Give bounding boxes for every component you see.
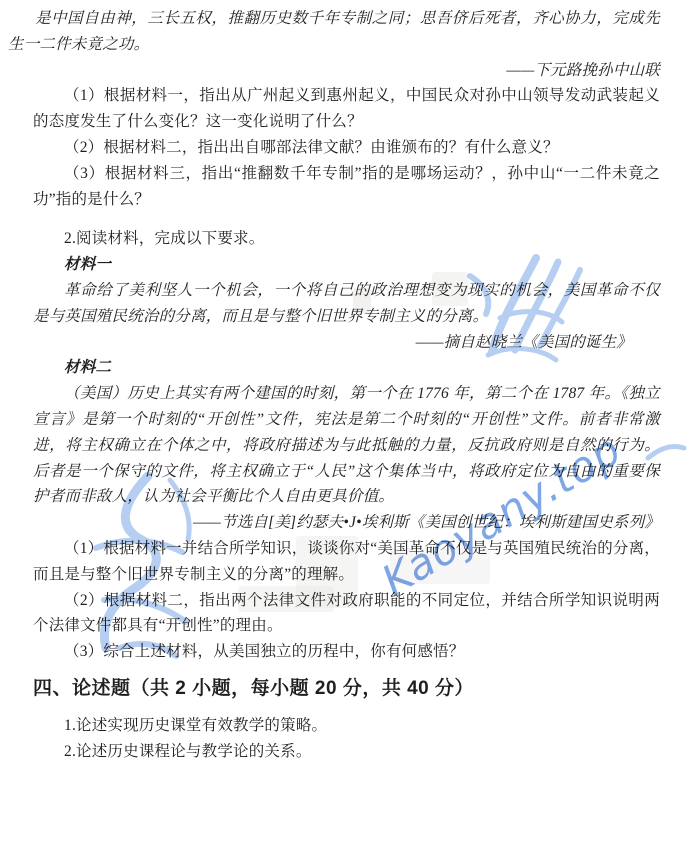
material-2-label: 材料二: [33, 355, 660, 381]
exam-paper-page: 是中国自由神，三长五权，推翻历史数千年专制之同；思吾侪后死者，齐心协力，完成先生…: [0, 0, 693, 861]
q2-intro: 2.阅读材料，完成以下要求。: [33, 226, 660, 252]
q2-sub-question-2: （2）根据材料二，指出两个法律文件对政府职能的不同定位，并结合所学知识说明两个法…: [33, 588, 660, 640]
q1-sub-question-3: （3）根据材料三，指出“推翻数千年专制”指的是哪场运动？，孙中山“一二件未竟之功…: [33, 161, 660, 213]
material-2-text: （美国）历史上其实有两个建国的时刻，第一个在 1776 年，第二个在 1787 …: [33, 381, 660, 510]
essay-question-2: 2.论述历史课程论与教学论的关系。: [33, 739, 660, 765]
quote-text: 是中国自由神，三长五权，推翻历史数千年专制之同；思吾侪后死者，齐心协力，完成先生…: [8, 6, 660, 58]
material-1-source: ——摘自赵晓兰《美国的诞生》: [33, 330, 660, 356]
material-1-label: 材料一: [33, 252, 660, 278]
q1-sub-question-2: （2）根据材料二，指出出自哪部法律文献？由谁颁布的？有什么意义？: [33, 135, 660, 161]
q1-sub-question-1: （1）根据材料一，指出从广州起义到惠州起义，中国民众对孙中山领导发动武装起义的态…: [33, 83, 660, 135]
quote-attribution: ——下元路挽孙中山联: [33, 58, 660, 84]
q2-sub-question-3: （3）综合上述材料，从美国独立的历程中，你有何感悟？: [33, 639, 660, 665]
essay-question-1: 1.论述实现历史课堂有效教学的策略。: [33, 713, 660, 739]
q2-sub-question-1: （1）根据材料一并结合所学知识，谈谈你对“美国革命不仅是与英国殖民统治的分离，而…: [33, 536, 660, 588]
document-content: 是中国自由神，三长五权，推翻历史数千年专制之同；思吾侪后死者，齐心协力，完成先生…: [0, 0, 693, 765]
material-1-text: 革命给了美利坚人一个机会，一个将自己的政治理想变为现实的机会，美国革命不仅是与英…: [33, 278, 660, 330]
section-4-heading: 四、论述题（共 2 小题，每小题 20 分，共 40 分）: [33, 673, 660, 704]
material-2-source: ——节选自[美]约瑟夫•J•埃利斯《美国创世纪：埃利斯建国史系列》: [33, 510, 660, 536]
